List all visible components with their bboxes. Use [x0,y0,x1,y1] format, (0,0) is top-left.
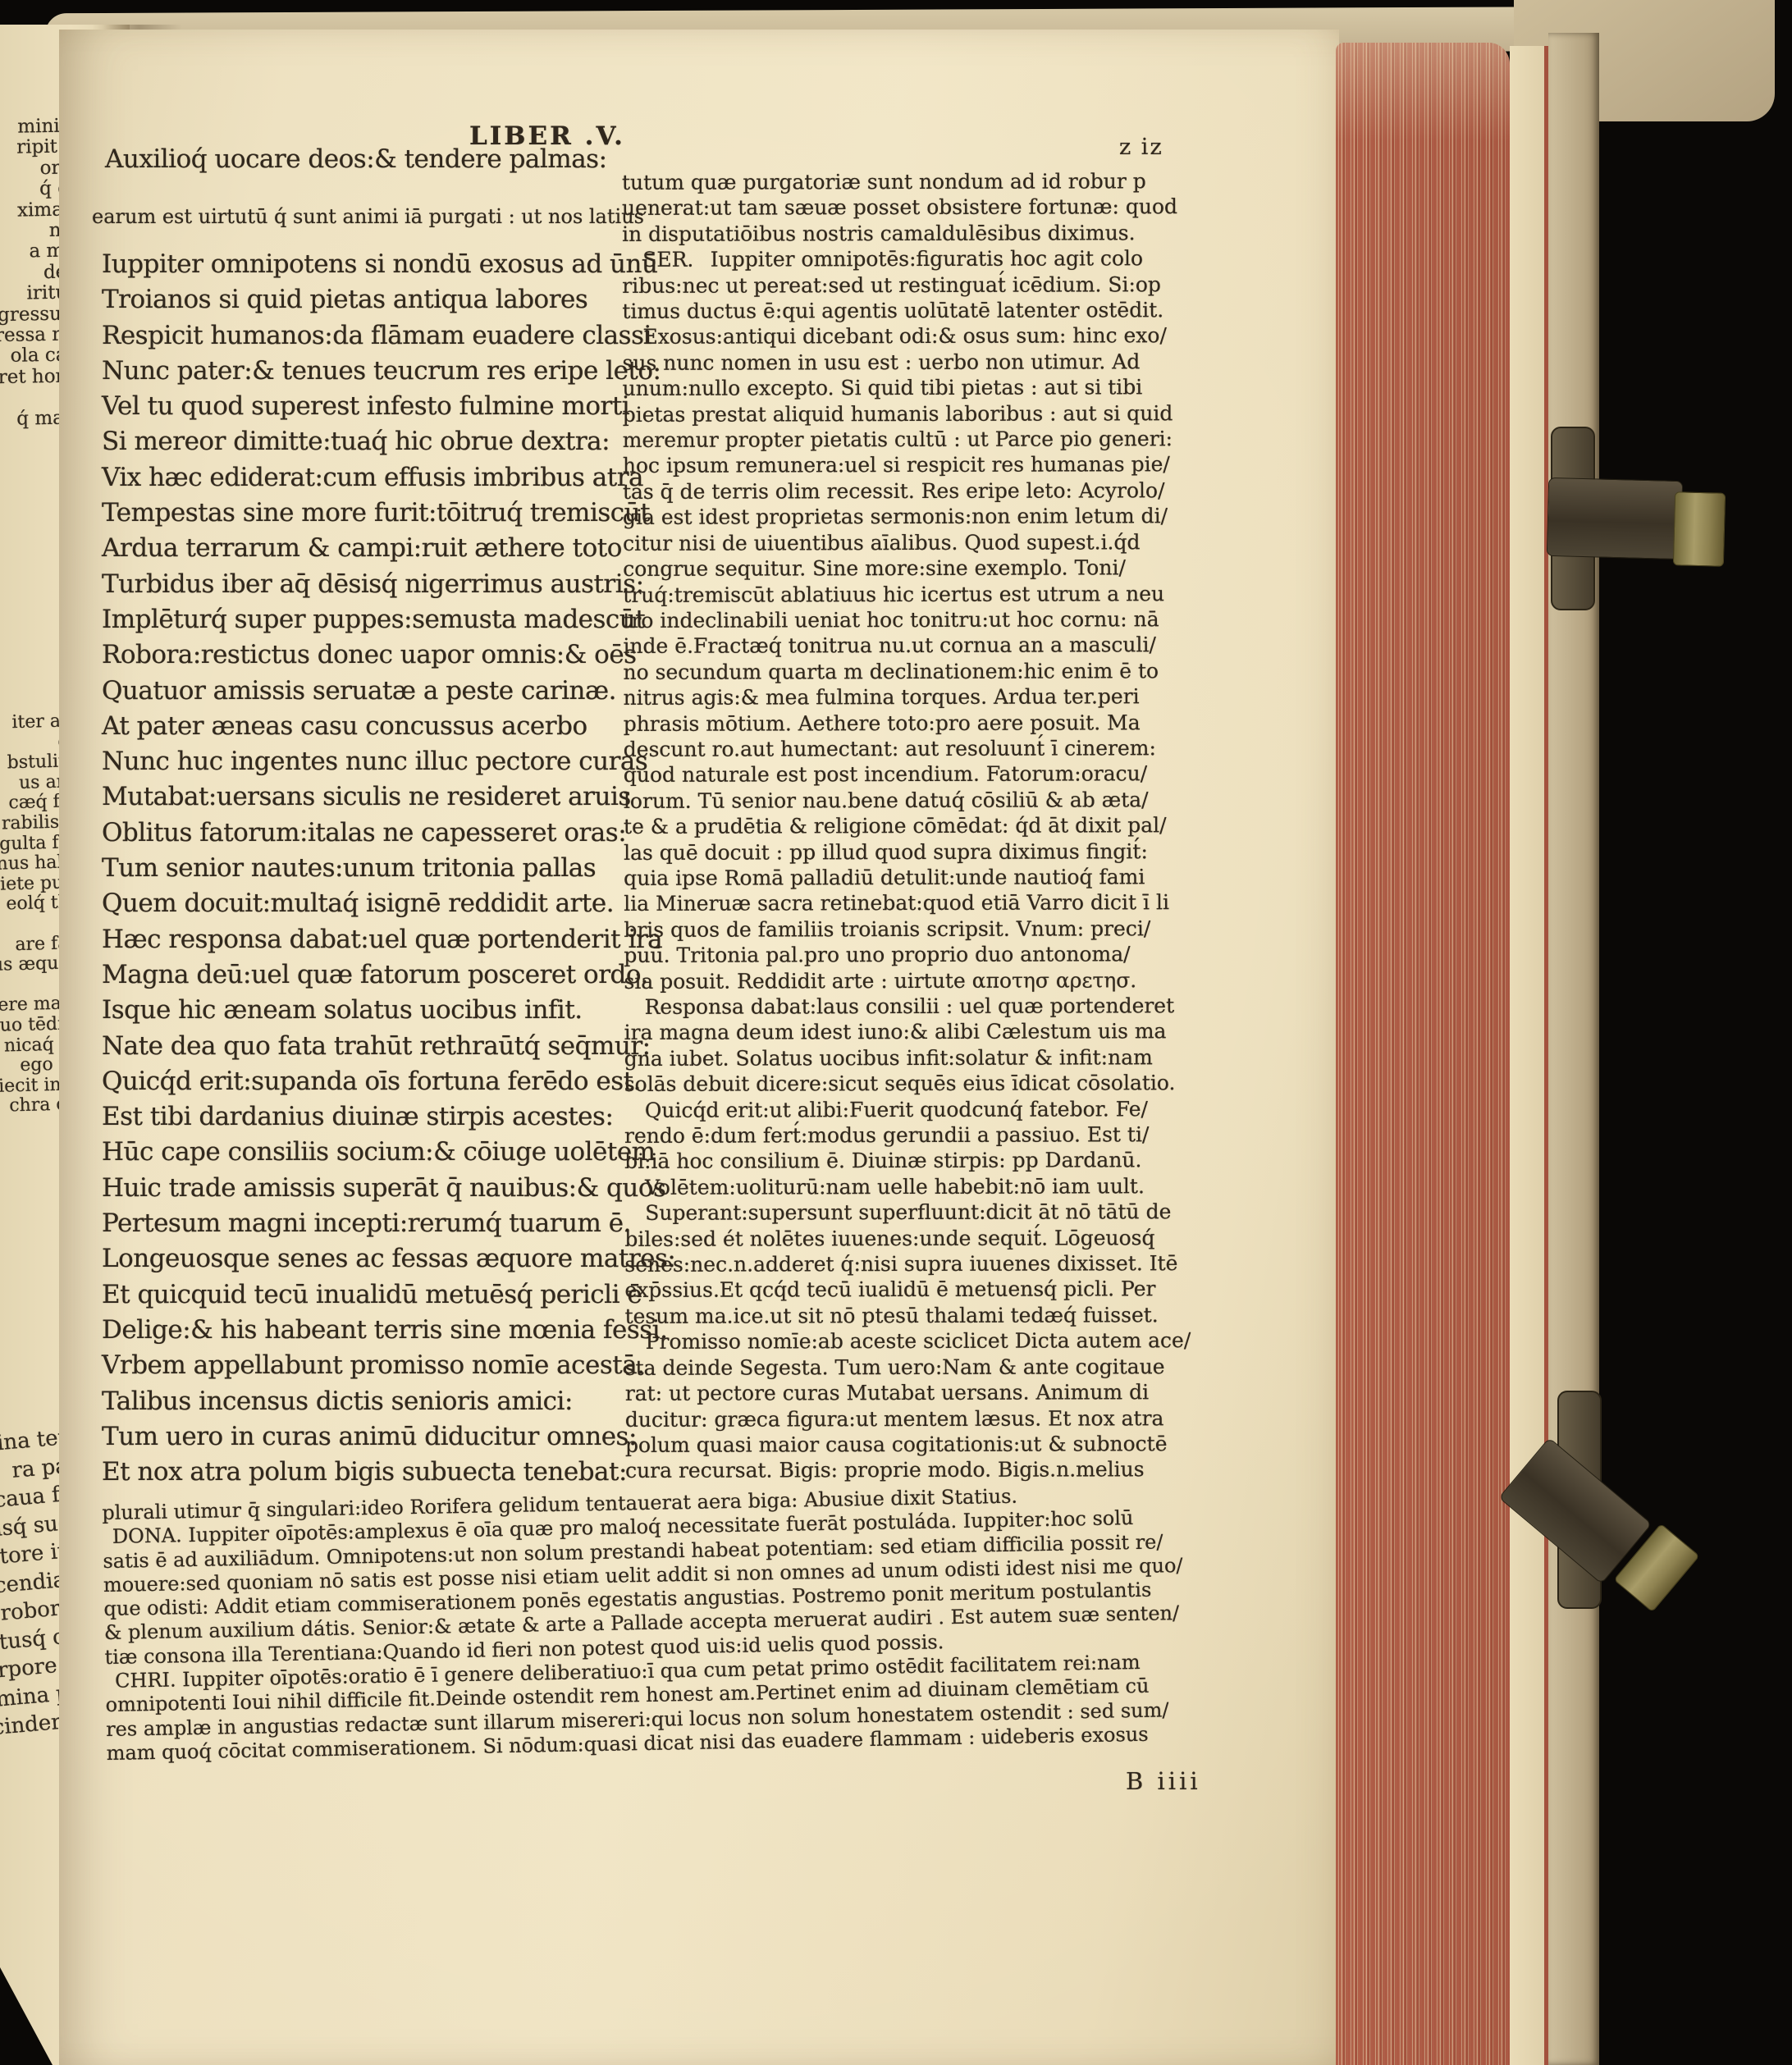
commentary-line: tro indeclinabili ueniat hoc tonitru:ut … [623,606,1189,633]
verse-line: Pertesum magni incepti:rerumq́ tuarum ē. [102,1206,675,1241]
verse-line: Iuppiter omnipotens si nondū exosus ad ū… [102,247,675,282]
verse-line: Respicit humanos:da flāmam euadere class… [102,318,675,354]
commentary-line: tesum ma.ice.ut sit nō ptesū thalami ted… [625,1302,1191,1329]
commentary-line: ducitur: græca figura:ut mentem læsus. E… [625,1405,1191,1432]
commentary-line: citur nisi de uiuentibus aīalibus. Quod … [623,529,1189,556]
commentary-line: descunt ro.aut humectant: aut resoluunt́… [624,735,1190,762]
verse-line: Est tibi dardanius diuinæ stirpis aceste… [102,1099,675,1135]
verse-line: Robora:restictus donec uapor omnis:& oēs [102,637,675,673]
commentary-line: te & a prudētia & religione cōmēdat: q́d… [624,812,1190,839]
page-block-edge [1510,46,1548,2065]
commentary-line: bris quos de familiis troianis scripsit.… [624,916,1190,943]
commentary-line: congrue sequitur. Sine more:sine exemplo… [623,555,1189,582]
commentary-line: rendo ē:dum fert́:modus gerundii a passi… [624,1122,1191,1149]
verse-line: Tum uero in curas animū diducitur omnes: [102,1419,675,1455]
commentary-line: quia ipse Romā palladiū detulit:unde nau… [624,864,1190,891]
verse-line: Vix hæc ediderat:cum effusis imbribus at… [102,460,675,496]
verse-line: Huic trade amissis superāt q̄ nauibus:& … [102,1171,675,1206]
commentary-line: Quicq́d erit:ut alibi:Fuerit quodcunq́ f… [624,1096,1191,1123]
verse-column: Iuppiter omnipotens si nondū exosus ad ū… [102,247,675,1490]
commentary-line: Superant:supersunt superfluunt:dicit āt … [624,1199,1191,1226]
clasp-upper-buckle [1673,491,1726,567]
commentary-line: in disputatiōibus nostris camaldulēsibus… [622,220,1188,247]
commentary-line: unum:nullo excepto. Si quid tibi pietas … [623,374,1189,401]
commentary-line: solās debuit dicere:sicut sequēs eius īd… [624,1070,1191,1097]
commentary-line: uenerat:ut tam sæuæ posset obsistere for… [622,194,1188,222]
verse-line: Quem docuit:multaq́ isignē reddidit arte… [102,886,675,921]
commentary-line: meremur propter pietatis cultū : ut Parc… [623,426,1189,453]
commentary-line: nitrus agis:& mea fulmina torques. Ardua… [624,683,1190,710]
verse-line: Longeuosque senes ac fessas æquore matre… [102,1241,675,1277]
verse-line: Vel tu quod superest infesto fulmine mor… [102,389,675,424]
commentary-line: truq́:tremiscūt ablatiuus hic icertus es… [623,581,1189,608]
commentary-line: sta deinde Segesta. Tum uero:Nam & ante … [625,1354,1191,1381]
commentary-line: Exosus:antiqui dicebant odi:& osus sum: … [622,323,1188,350]
commentary-line: Promisso nomīe:ab aceste sciclicet Dicta… [625,1327,1191,1355]
commentary-line: gna iubet. Solatus uocibus infit:solatur… [624,1044,1191,1071]
commentary-line: pietas prestat aliquid humanis laboribus… [623,400,1189,427]
verse-opening-line: Auxilioq́ uocare deos:& tendere palmas: [105,144,607,174]
commentary-line: timus ductus ē:qui agentis uolūtatē late… [622,297,1188,324]
fore-edge-red-pages [1336,43,1510,2065]
cover-edge [1548,33,1599,2065]
commentary-line: quod naturale est post incendium. Fatoru… [624,761,1190,788]
verse-line: Ardua terrarum & campi:ruit æthere toto [102,531,675,566]
verse-line: Talibus incensus dictis senioris amici: [102,1384,675,1419]
commentary-line: lia Mineruæ sacra retinebat:quod etiā Va… [624,889,1190,916]
signature-mark: B iiii [1126,1767,1201,1795]
commentary-line: tutum quæ purgatoriæ sunt nondum ad id r… [622,168,1188,195]
verse-line: Implēturq́ super puppes:semusta madescūt [102,602,675,637]
verse-line: Isque hic æneam solatus uocibus infit. [102,993,675,1028]
commentary-line: phrasis mōtium. Aethere toto:pro aere po… [624,710,1190,737]
commentary-line: bi:iā hoc consilium ē. Diuinæ stirpis: p… [624,1148,1191,1175]
fore-edge-tone [1336,43,1510,2065]
commentary-line: inde ē.Fractæq́ tonitrua nu.ut cornua an… [623,632,1189,659]
commentary-line: biles:sed ét nolētes iuuenes:unde sequit… [624,1225,1191,1252]
verse-line: Tum senior nautes:unum tritonia pallas [102,851,675,886]
commentary-line: sus nunc nomen in usu est : uerbo non ut… [622,349,1188,376]
interlinear-gloss: earum est uirtutū q́ sunt animi iā purga… [92,205,644,228]
clasp-upper-strap [1547,477,1683,560]
verse-line: Hæc responsa dabat:uel quæ portenderit i… [102,922,675,957]
verse-line: Hūc cape consiliis socium:& cōiuge uolēt… [102,1135,675,1170]
verse-line: Et quicquid tecū inualidū metuēsq́ peric… [102,1277,675,1313]
verse-line: Et nox atra polum bigis subuecta tenebat… [102,1455,675,1490]
commentary-line: SER. Iuppiter omnipotēs:figuratis hoc ag… [622,245,1188,272]
commentary-line: polum quasi maior causa cogitationis:ut … [625,1431,1191,1458]
commentary-line: las quē docuit : pp illud quod supra dix… [624,838,1190,866]
verse-line: Vrbem appellabunt promisso nomīe acestā. [102,1348,675,1383]
commentary-line: Responsa dabat:laus consilii : uel quæ p… [624,993,1191,1020]
verse-line: Nunc huc ingentes nunc illuc pectore cur… [102,744,675,779]
verse-line: Delige:& his habeant terris sine mœnia f… [102,1313,675,1348]
commentary-line: no secundum quarta m declinationem:hic e… [623,658,1189,685]
commentary-column: tutum quæ purgatoriæ sunt nondum ad id r… [622,168,1191,1484]
verse-line: Nunc pater:& tenues teucrum res eripe le… [102,354,675,389]
bottom-commentary: plurali utimur q̄ singulari:ideo Rorifer… [102,1482,1186,1766]
commentary-line: exp̄ssius.Et qcq́d tecū iualidū ē metuen… [624,1277,1191,1304]
commentary-line: hoc ipsum remunera:uel si respicit res h… [623,452,1189,479]
commentary-line: tas q̄ de terris olim recessit. Res erip… [623,477,1189,505]
verse-line: Tempestas sine more furit:tōitruq́ tremi… [102,496,675,531]
commentary-line: sia posuit. Reddidit arte : uirtute αποτ… [624,967,1190,994]
verse-line: Troianos si quid pietas antiqua labores [102,282,675,318]
commentary-line: ribus:nec ut pereat:sed ut restinguat́ i… [622,272,1188,299]
verse-line: At pater æneas casu concussus acerbo [102,709,675,744]
verse-line: Quatuor amissis seruatæ a peste carinæ. [102,674,675,709]
commentary-line: ira magna deum idest iuno:& alibi Cælest… [624,1019,1191,1046]
verse-line: Magna deū:uel quæ fatorum posceret ordo. [102,957,675,993]
book-photograph: ministrat.ripit ignē:oruscatq́ cordaxima… [0,0,1792,2065]
commentary-line: Volētem:uoliturū:nam uelle habebit:nō ia… [624,1173,1191,1200]
folio-mark: z iz [1119,135,1163,160]
verse-line: Nate dea quo fata trahūt rethraūtq́ seq̄… [102,1029,675,1064]
verse-line: Mutabat:uersans siculis ne resideret aru… [102,779,675,815]
commentary-line: lorum. Tū senior nau.bene datuq́ cōsiliū… [624,787,1190,814]
commentary-line: gia est idest proprietas sermonis:non en… [623,503,1189,530]
commentary-line: cura recursat. Bigis: proprie modo. Bigi… [625,1456,1191,1483]
commentary-line: rat: ut pectore curas Mutabat uersans. A… [625,1379,1191,1406]
page: LIBER .V. z iz Auxilioq́ uocare deos:& t… [59,30,1339,2065]
verse-line: Quicq́d erit:supanda oīs fortuna ferēdo … [102,1064,675,1099]
commentary-line: puū. Tritonia pal.pro uno proprio duo an… [624,941,1190,968]
verse-line: Turbidus iber aq̄ dēsisq́ nigerrimus aus… [102,567,675,602]
commentary-line: senes:nec.n.adderet q́:nisi supra iuuene… [624,1250,1191,1277]
verse-line: Oblitus fatorum:italas ne capesseret ora… [102,815,675,851]
verse-line: Si mereor dimitte:tuaq́ hic obrue dextra… [102,424,675,459]
